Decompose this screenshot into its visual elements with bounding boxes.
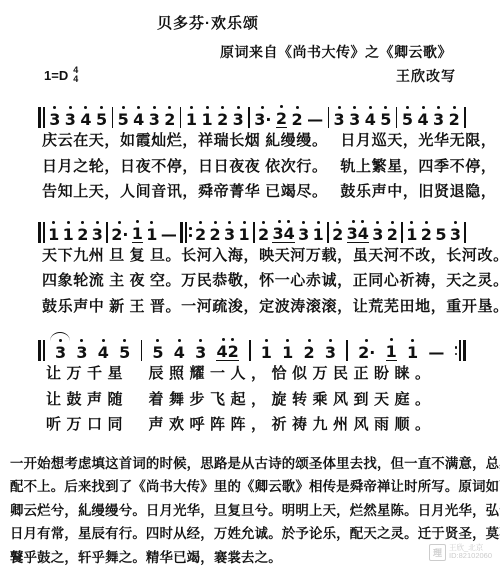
note: 2	[164, 106, 175, 128]
footnote-line-2: 配不上。后来找到了《尚书大传》里的《卿云歌》相传是舜帝禅让时所写。原词如下：	[10, 475, 490, 499]
lyric-row-1-2: 日月之轮，日夜不停，日日夜夜 依次行。 轨上繁星，四季不停，	[0, 154, 500, 180]
note: 4	[98, 339, 109, 361]
lyric-row-1-3: 告知上天，人间音讯，舜帝菁华 已竭尽。 鼓乐声中，旧贤退隐，	[0, 179, 500, 205]
lyric-row-3-2: 让鼓声随 着舞步飞起，旋转乘风到天庭。	[0, 387, 500, 413]
footnote-paragraph: 一开始想考虑填这首词的时候，思路是从古诗的颂圣体里去找，但一直不满意，总感觉气质…	[0, 452, 500, 567]
note: 3	[49, 106, 60, 128]
note: 1	[238, 221, 249, 243]
note: 3	[149, 106, 160, 128]
note: 4	[365, 106, 376, 128]
note: 1	[186, 106, 197, 128]
lyric-row-2-1: 天下九州 旦 复 旦。长河入海，映天河万载，虽天河不改，长河改。	[0, 243, 500, 269]
note: 3	[55, 339, 66, 361]
note: 5	[119, 339, 130, 361]
meta-row: 1=D 4 4 王欣改写	[0, 66, 500, 90]
score-line-2: 11232·11—223123431234321253	[0, 213, 500, 243]
note: 3	[65, 106, 76, 128]
footnote-line-1: 一开始想考虑填这首词的时候，思路是从古诗的颂圣体里去找，但一直不满意，总感觉气质	[10, 452, 490, 476]
note: 1	[386, 338, 397, 361]
barline	[180, 106, 182, 128]
note: 4	[133, 106, 144, 128]
note: 1	[132, 220, 143, 243]
note: 2	[217, 106, 228, 128]
key-label: 1=D	[44, 68, 68, 83]
note: 1	[261, 339, 272, 361]
duration-dash: —	[161, 221, 177, 243]
note: 3·	[254, 106, 271, 128]
barline	[106, 221, 108, 243]
barline	[401, 221, 403, 243]
note: 5	[435, 221, 446, 243]
note: 2	[77, 221, 88, 243]
note: 4	[417, 106, 428, 128]
note: 1	[201, 106, 212, 128]
begin-barline	[38, 106, 45, 128]
barline	[253, 221, 255, 243]
duration-dash: —	[307, 106, 323, 128]
footnote-line-5: 鼚乎鼓之，轩乎舞之。精华已竭，褰裳去之。	[10, 546, 490, 567]
note: 2·	[111, 221, 128, 243]
barline	[248, 106, 250, 128]
note: 1	[48, 221, 59, 243]
note: 5	[380, 106, 391, 128]
repeat-end-barline	[455, 339, 466, 361]
barline	[141, 339, 143, 361]
note: 2	[421, 221, 432, 243]
note: 2	[209, 221, 220, 243]
note: 3	[334, 106, 345, 128]
note: 2	[258, 221, 269, 243]
barline	[346, 339, 348, 361]
lyrics-source-subtitle: 原词来自《尚书大传》之《卿云歌》	[0, 42, 500, 62]
note: 3	[76, 339, 87, 361]
watermark-id: ID:82102060	[449, 552, 492, 561]
duration-dash: —	[428, 339, 444, 361]
lyric-row-1-1: 庆云在天，如霞灿烂，祥瑞长烟 糺缦缦。 日月巡天，光华无限，	[0, 128, 500, 154]
key-signature: 1=D 4 4	[44, 66, 78, 85]
note: 1	[406, 221, 417, 243]
sheet-music-page: 贝多芬·欢乐颂 原词来自《尚书大传》之《卿云歌》 1=D 4 4 王欣改写 33…	[0, 0, 500, 567]
note: 2	[449, 106, 460, 128]
book-icon: 理	[429, 544, 446, 561]
note: 4	[174, 339, 185, 361]
note: 5	[402, 106, 413, 128]
note: 1	[146, 221, 157, 243]
note: 1	[63, 221, 74, 243]
note: 3	[325, 339, 336, 361]
note: 1	[313, 221, 324, 243]
note: 3	[298, 221, 309, 243]
note: 2	[304, 339, 315, 361]
note: 2	[387, 221, 398, 243]
note: 3	[233, 106, 244, 128]
barline	[112, 106, 114, 128]
slur-arc	[50, 332, 70, 341]
note: 1	[407, 339, 418, 361]
score-line-3: 33455434211232·11—	[0, 331, 500, 361]
score-line-1: 3345543211233·22—33455432	[0, 98, 500, 128]
note: 3	[224, 221, 235, 243]
barline	[464, 221, 466, 243]
watermark: 理 王欣_北京 ID:82102060	[429, 544, 492, 561]
note: 3	[349, 106, 360, 128]
note: 3	[92, 221, 103, 243]
note: 5	[152, 339, 163, 361]
time-signature: 4 4	[73, 66, 78, 85]
note: 3	[450, 221, 461, 243]
note: 34	[347, 220, 369, 243]
lyric-row-2-3: 鼓乐声中 新 王 晋。一河疏浚，定波涛滚滚，让荒芜田地，重开垦。	[0, 294, 500, 320]
lyric-row-3-1: 让万千星 辰照耀一人，恰似万民正盼睐。	[0, 361, 500, 387]
barline	[328, 106, 330, 128]
note: 2·	[358, 339, 375, 361]
begin-barline	[38, 339, 45, 361]
begin-barline	[38, 221, 45, 243]
page-title: 贝多芬·欢乐颂	[0, 12, 458, 33]
arranger-credit: 王欣改写	[396, 66, 456, 86]
note: 1	[282, 339, 293, 361]
note: 3	[433, 106, 444, 128]
time-denominator: 4	[73, 75, 78, 84]
note: 4	[80, 106, 91, 128]
note: 5	[118, 106, 129, 128]
barline	[464, 106, 466, 128]
note: 2	[195, 221, 206, 243]
note: 34	[272, 220, 294, 243]
repeat-begin-barline	[180, 221, 191, 243]
lyric-row-2-2: 四象轮流 主 夜 空。万民恭敬，怀一心赤诚，正同心祈祷，天之灵。	[0, 268, 500, 294]
lyric-row-3-3: 听万口同 声欢呼阵阵，祈祷九州风雨顺。	[0, 412, 500, 438]
footnote-line-3: 卿云烂兮，糺缦缦兮。日月光华，旦复旦兮。明明上天，烂然星陈。日月光华，弘于一人。	[10, 499, 490, 523]
note: 5	[96, 106, 107, 128]
note: 3	[372, 221, 383, 243]
note: 2	[332, 221, 343, 243]
footnote-line-4: 日月有常，星辰有行。四时从经，万姓允诚。於予论乐，配天之灵。迁于贤圣，莫不咸听。	[10, 522, 490, 546]
barline	[396, 106, 398, 128]
barline	[249, 339, 251, 361]
note: 3	[195, 339, 206, 361]
note: 2	[291, 106, 302, 128]
score-container: 3345543211233·22—33455432庆云在天，如霞灿烂，祥瑞长烟 …	[0, 98, 500, 438]
note: 42	[216, 338, 238, 361]
barline	[327, 221, 329, 243]
note: 2	[276, 105, 287, 128]
